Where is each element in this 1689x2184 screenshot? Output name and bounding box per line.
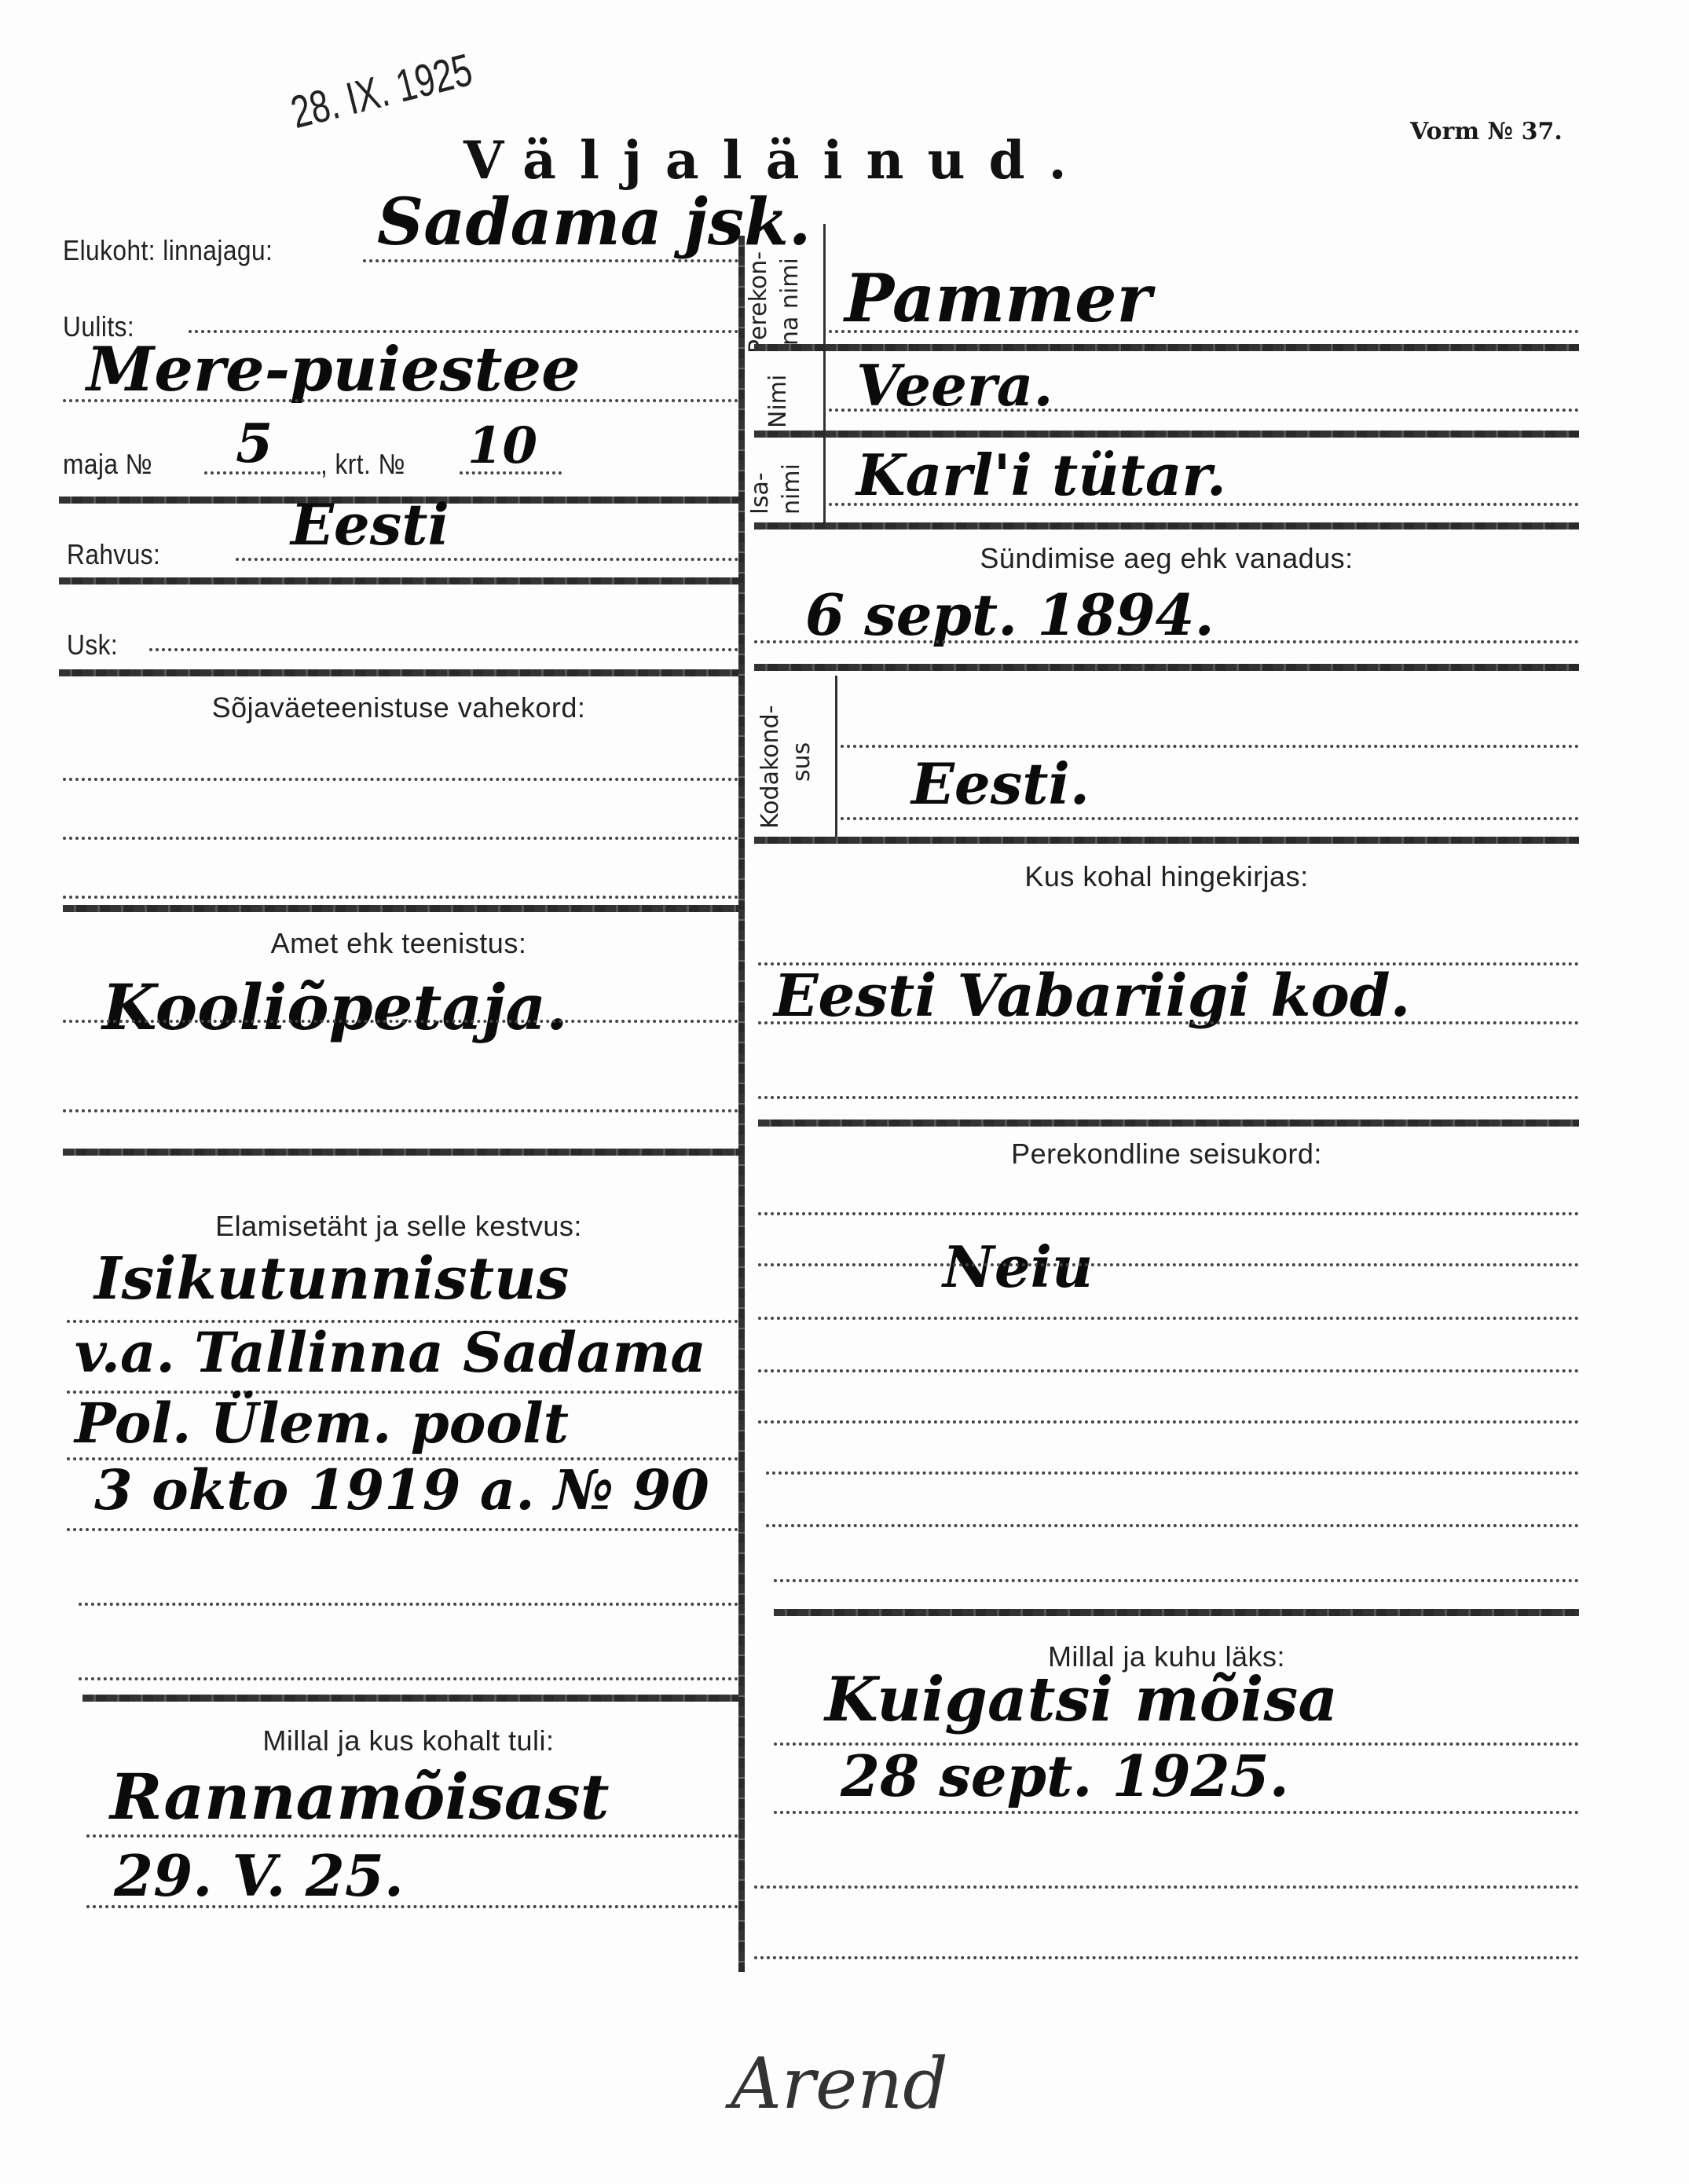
kodakondsus-line-1 <box>841 745 1579 748</box>
ruled-line <box>774 1579 1579 1582</box>
nimi-value[interactable]: Veera. <box>856 352 1053 419</box>
date-stamp: 28. IX. 1925 <box>286 43 478 139</box>
hingekiri-value[interactable]: Eesti Vabariigi kod. <box>774 962 1410 1030</box>
form-title: Väljaläinud. <box>463 130 1090 191</box>
section-divider <box>754 344 1579 351</box>
ruled-line <box>67 1528 738 1531</box>
maja-label: maja № <box>63 448 152 481</box>
section-divider <box>59 669 738 676</box>
label-column-divider <box>835 676 837 841</box>
rahvus-value[interactable]: Eesti <box>291 491 449 558</box>
ruled-line <box>766 1471 1579 1475</box>
hingekiri-label: Kus kohal hingekirjas: <box>754 860 1579 893</box>
section-divider <box>754 431 1579 438</box>
sojavae-label: Sõjaväeteenistuse vahekord: <box>59 691 738 724</box>
ruled-line <box>86 1834 738 1838</box>
ruled-line <box>79 1677 738 1680</box>
usk-line <box>149 648 738 651</box>
tuli-label: Millal ja kus kohalt tuli: <box>79 1724 738 1757</box>
isanimi-value[interactable]: Karl'i tütar. <box>856 442 1226 508</box>
section-divider <box>63 1149 738 1156</box>
sundimise-label: Sündimise aeg ehk vanadus: <box>754 542 1579 575</box>
amet-line-2 <box>63 1109 738 1112</box>
hingekiri-line-3 <box>758 1096 1579 1099</box>
form-number: Vorm № 37. <box>1410 118 1563 145</box>
amet-value[interactable]: Kooliõpetaja. <box>102 970 568 1044</box>
section-divider <box>63 905 738 912</box>
sojavae-line-3 <box>63 896 738 899</box>
krt-value[interactable]: 10 <box>467 416 537 475</box>
usk-label: Usk: <box>67 628 118 661</box>
ruled-line <box>86 1905 738 1908</box>
perekonnanimi-label-2: na nimi <box>778 258 803 346</box>
sundimise-value[interactable]: 6 sept. 1894. <box>805 581 1215 648</box>
sojavae-line-2 <box>63 837 738 840</box>
amet-label: Amet ehk teenistus: <box>59 927 738 960</box>
section-divider <box>758 1119 1579 1127</box>
isanimi-label-2: nimi <box>779 464 804 515</box>
kodakondsus-value[interactable]: Eesti. <box>911 750 1090 817</box>
elamisetaht-label: Elamisetäht ja selle kestvus: <box>59 1210 738 1243</box>
kodakondsus-label-2: sus <box>790 742 815 782</box>
rahvus-line <box>236 558 738 561</box>
tuli-value-2[interactable]: 29. V. 25. <box>114 1842 404 1909</box>
section-divider <box>82 1695 738 1702</box>
krt-label: , krt. № <box>321 448 405 481</box>
perekondline-value[interactable]: Neiu <box>943 1233 1093 1300</box>
ruled-line <box>758 1317 1579 1320</box>
ruled-line <box>754 1885 1579 1889</box>
section-divider <box>59 577 738 584</box>
maja-value[interactable]: 5 <box>236 412 273 475</box>
ruled-line <box>758 1263 1579 1266</box>
isanimi-label-1: Isa- <box>748 472 773 515</box>
ruled-line <box>758 1369 1579 1372</box>
label-column-divider <box>823 224 826 526</box>
ruled-line <box>766 1524 1579 1527</box>
ruled-line <box>79 1603 738 1606</box>
section-divider <box>774 1609 1579 1616</box>
sundimise-line <box>754 640 1579 643</box>
kodakondsus-label-1: Kodakond- <box>758 705 783 830</box>
elamisetaht-line-4[interactable]: 3 okto 1919 a. № 90 <box>94 1457 709 1523</box>
rahvus-label: Rahvus: <box>67 538 160 571</box>
ruled-line <box>758 1420 1579 1424</box>
ruled-line <box>754 1956 1579 1959</box>
column-divider <box>738 236 745 1972</box>
elukoht-label: Elukoht: linnajagu: <box>63 234 273 267</box>
section-divider <box>754 522 1579 530</box>
ruled-line <box>774 1811 1579 1814</box>
official-signature: Arend <box>731 2043 948 2125</box>
uulits-value[interactable]: Mere-puiestee <box>86 334 581 405</box>
kodakondsus-line-2 <box>841 817 1579 820</box>
perekonnanimi-value[interactable]: Pammer <box>844 259 1152 337</box>
sojavae-line-1 <box>63 778 738 781</box>
laks-value-1[interactable]: Kuigatsi mõisa <box>825 1664 1338 1735</box>
section-divider <box>754 837 1579 844</box>
laks-value-2[interactable]: 28 sept. 1925. <box>841 1742 1289 1809</box>
elamisetaht-line-1[interactable]: Isikutunnistus <box>94 1245 569 1313</box>
section-divider <box>754 664 1579 671</box>
ruled-line <box>758 1212 1579 1215</box>
tuli-value-1[interactable]: Rannamõisast <box>110 1760 610 1834</box>
uulits-line-2 <box>63 399 738 402</box>
perekondline-label: Perekondline seisukord: <box>754 1138 1579 1171</box>
uulits-line <box>189 330 738 333</box>
hingekiri-line-2 <box>758 1021 1579 1024</box>
perekonnanimi-label-1: Perekon- <box>746 251 771 354</box>
elamisetaht-line-3[interactable]: Pol. Ülem. poolt <box>75 1391 569 1456</box>
nimi-label: Nimi <box>766 375 791 428</box>
elamisetaht-line-2[interactable]: v.a. Tallinna Sadama <box>75 1320 706 1385</box>
amet-line-1 <box>63 1020 738 1023</box>
elukoht-value[interactable]: Sadama jsk. <box>377 185 811 260</box>
